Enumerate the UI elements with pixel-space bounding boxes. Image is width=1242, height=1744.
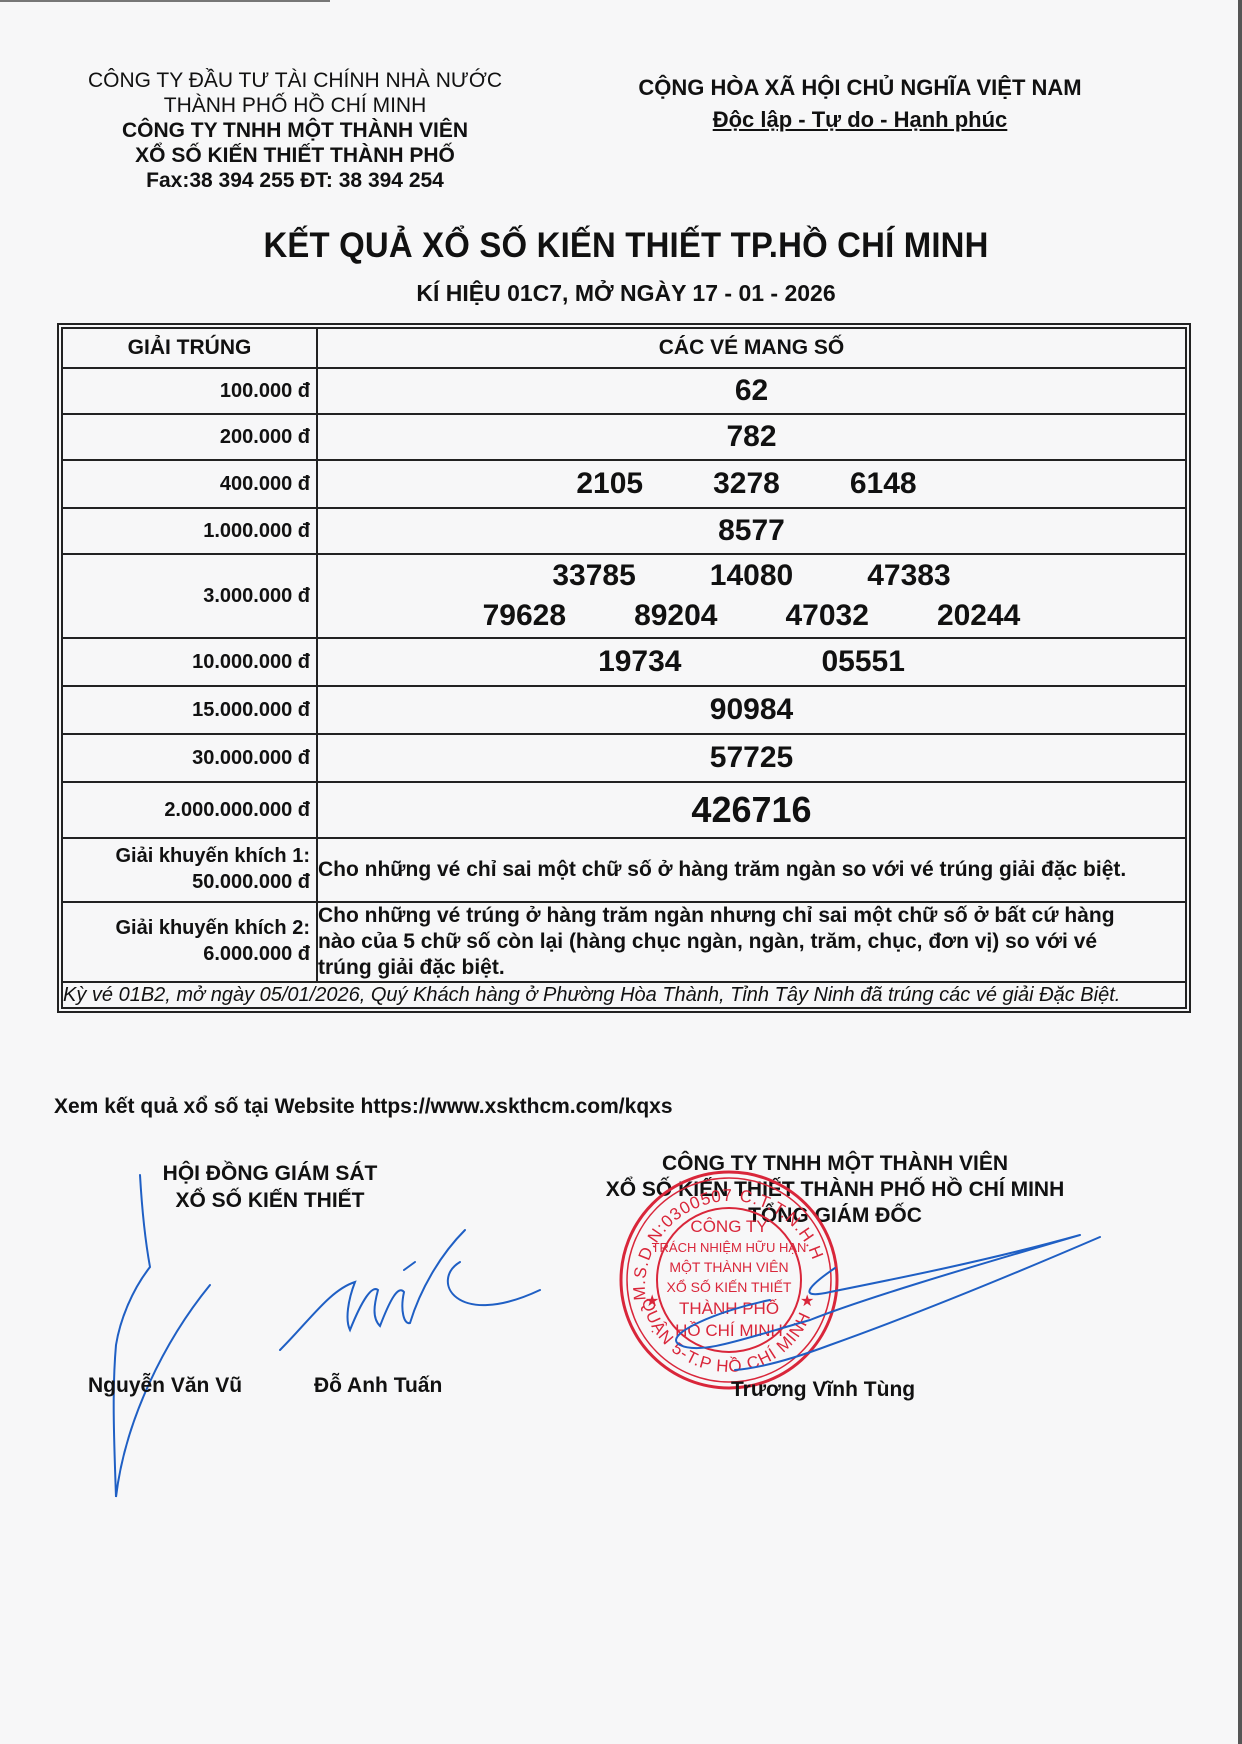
prize-amount: 400.000 đ bbox=[62, 460, 317, 508]
consolation-amount: 50.000.000 đ bbox=[63, 869, 310, 895]
issuer-city: THÀNH PHỐ HỒ CHÍ MINH bbox=[40, 93, 550, 118]
table-row: 200.000 đ 782 bbox=[62, 414, 1186, 460]
winning-number: 3278 bbox=[713, 467, 780, 501]
company-title-line: CÔNG TY TNHH MỘT THÀNH VIÊN bbox=[570, 1151, 1100, 1177]
consolation-description: Cho những vé chỉ sai một chữ số ở hàng t… bbox=[317, 838, 1186, 902]
prize-amount: 200.000 đ bbox=[62, 414, 317, 460]
consolation-amount: 6.000.000 đ bbox=[63, 941, 310, 967]
winner-note: Kỳ vé 01B2, mở ngày 05/01/2026, Quý Khác… bbox=[62, 982, 1186, 1008]
table-row: 15.000.000 đ 90984 bbox=[62, 686, 1186, 734]
prize-amount: 3.000.000 đ bbox=[62, 554, 317, 638]
winning-number: 33785 bbox=[552, 556, 635, 596]
table-row-consolation-2: Giải khuyến khích 2: 6.000.000 đ Cho nhữ… bbox=[62, 902, 1186, 982]
stamp-text-line: THÀNH PHỐ bbox=[679, 1298, 779, 1318]
signature-truong-vinh-tung-icon bbox=[676, 1235, 1100, 1370]
nation-name: CỘNG HÒA XÃ HỘI CHỦ NGHĨA VIỆT NAM bbox=[610, 72, 1110, 104]
supervisory-board-title-line: XỔ SỐ KIẾN THIẾT bbox=[120, 1187, 420, 1214]
company-director-title: CÔNG TY TNHH MỘT THÀNH VIÊN XỔ SỐ KIẾN T… bbox=[570, 1151, 1100, 1229]
prize-amount: 100.000 đ bbox=[62, 368, 317, 414]
document-title: KẾT QUẢ XỔ SỐ KIẾN THIẾT TP.HỒ CHÍ MINH bbox=[38, 226, 1215, 266]
consolation-label: Giải khuyến khích 2: bbox=[63, 915, 310, 941]
stamp-text-line: HỒ CHÍ MINH bbox=[675, 1321, 783, 1340]
winning-number: 19734 bbox=[598, 645, 681, 679]
table-row: 1.000.000 đ 8577 bbox=[62, 508, 1186, 554]
stamp-star-icon: ★ bbox=[645, 1293, 659, 1310]
company-title-line: XỔ SỐ KIẾN THIẾT THÀNH PHỐ HỒ CHÍ MINH bbox=[570, 1177, 1100, 1203]
consolation-label: Giải khuyến khích 1: bbox=[63, 843, 310, 869]
winning-number: 47383 bbox=[867, 556, 950, 596]
table-row-note: Kỳ vé 01B2, mở ngày 05/01/2026, Quý Khác… bbox=[62, 982, 1186, 1008]
winning-number: 14080 bbox=[710, 556, 793, 596]
prize-amount: 15.000.000 đ bbox=[62, 686, 317, 734]
results-table-frame: GIẢI TRÚNG CÁC VÉ MANG SỐ 100.000 đ 62 2… bbox=[57, 323, 1191, 1013]
winning-number: 05551 bbox=[822, 645, 905, 679]
national-header: CỘNG HÒA XÃ HỘI CHỦ NGHĨA VIỆT NAM Độc l… bbox=[610, 72, 1110, 136]
signature-do-anh-tuan-icon bbox=[280, 1230, 540, 1350]
prize-amount: 1.000.000 đ bbox=[62, 508, 317, 554]
column-header-numbers: CÁC VÉ MANG SỐ bbox=[317, 328, 1186, 368]
consolation-description: Cho những vé trúng ở hàng trăm ngàn nhưn… bbox=[317, 902, 1186, 982]
table-row-special-prize: 2.000.000.000 đ 426716 bbox=[62, 782, 1186, 838]
svg-text:QUẬN 5-T.P HỒ CHÍ MINH: QUẬN 5-T.P HỒ CHÍ MINH bbox=[638, 1296, 815, 1376]
prize-amount: 30.000.000 đ bbox=[62, 734, 317, 782]
issuer-company: CÔNG TY TNHH MỘT THÀNH VIÊN bbox=[40, 118, 550, 143]
table-row: 3.000.000 đ 33785 14080 47383 79628 8920… bbox=[62, 554, 1186, 638]
winning-number: 20244 bbox=[937, 596, 1020, 636]
scan-edge-right bbox=[1238, 0, 1242, 1744]
winning-number: 79628 bbox=[483, 596, 566, 636]
supervisory-board-title: HỘI ĐỒNG GIÁM SÁT XỔ SỐ KIẾN THIẾT bbox=[120, 1160, 420, 1214]
issuer-header: CÔNG TY ĐẦU TƯ TÀI CHÍNH NHÀ NƯỚC THÀNH … bbox=[40, 68, 550, 193]
winning-number: 782 bbox=[726, 420, 776, 454]
supervisory-board-title-line: HỘI ĐỒNG GIÁM SÁT bbox=[120, 1160, 420, 1187]
stamp-star-icon: ★ bbox=[800, 1293, 814, 1310]
national-motto: Độc lập - Tự do - Hạnh phúc bbox=[610, 104, 1110, 136]
table-row: 30.000.000 đ 57725 bbox=[62, 734, 1186, 782]
table-row: 100.000 đ 62 bbox=[62, 368, 1186, 414]
winning-number: 47032 bbox=[786, 596, 869, 636]
signatory-name: Trương Vĩnh Tùng bbox=[731, 1378, 915, 1402]
stamp-text-line: TRÁCH NHIỆM HỮU HẠN bbox=[652, 1240, 807, 1255]
signatory-name: Nguyễn Văn Vũ bbox=[88, 1374, 242, 1398]
signature-nguyen-van-vu-icon bbox=[114, 1175, 210, 1497]
results-table: GIẢI TRÚNG CÁC VÉ MANG SỐ 100.000 đ 62 2… bbox=[61, 327, 1187, 1009]
table-row-consolation-1: Giải khuyến khích 1: 50.000.000 đ Cho nh… bbox=[62, 838, 1186, 902]
winning-number: 8577 bbox=[718, 514, 785, 548]
table-row: 10.000.000 đ 19734 05551 bbox=[62, 638, 1186, 686]
winning-number: 6148 bbox=[850, 467, 917, 501]
prize-amount: 2.000.000.000 đ bbox=[62, 782, 317, 838]
winning-number: 62 bbox=[735, 374, 768, 408]
stamp-text-line: XỔ SỐ KIẾN THIẾT bbox=[667, 1278, 792, 1295]
column-header-prize: GIẢI TRÚNG bbox=[62, 328, 317, 368]
table-header-row: GIẢI TRÚNG CÁC VÉ MANG SỐ bbox=[62, 328, 1186, 368]
issuer-parent: CÔNG TY ĐẦU TƯ TÀI CHÍNH NHÀ NƯỚC bbox=[40, 68, 550, 93]
winning-number: 90984 bbox=[710, 693, 793, 727]
stamp-text-line: MỘT THÀNH VIÊN bbox=[669, 1259, 788, 1275]
issuer-company-name: XỔ SỐ KIẾN THIẾT THÀNH PHỐ bbox=[40, 143, 550, 168]
prize-amount: 10.000.000 đ bbox=[62, 638, 317, 686]
table-row: 400.000 đ 2105 3278 6148 bbox=[62, 460, 1186, 508]
signatory-name: Đỗ Anh Tuấn bbox=[314, 1374, 442, 1398]
website-line: Xem kết quả xổ số tại Website https://ww… bbox=[54, 1095, 673, 1119]
special-prize-number: 426716 bbox=[691, 789, 811, 831]
scan-edge-top bbox=[0, 0, 330, 2]
winning-number: 57725 bbox=[710, 741, 793, 775]
director-title: TỔNG GIÁM ĐỐC bbox=[570, 1203, 1100, 1229]
winning-number: 89204 bbox=[634, 596, 717, 636]
stamp-ring-bottom: QUẬN 5-T.P HỒ CHÍ MINH bbox=[638, 1296, 815, 1376]
issuer-contact: Fax:38 394 255 ĐT: 38 394 254 bbox=[40, 168, 550, 193]
winning-number: 2105 bbox=[576, 467, 643, 501]
document-subtitle: KÍ HIỆU 01C7, MỞ NGÀY 17 - 01 - 2026 bbox=[0, 280, 1242, 307]
